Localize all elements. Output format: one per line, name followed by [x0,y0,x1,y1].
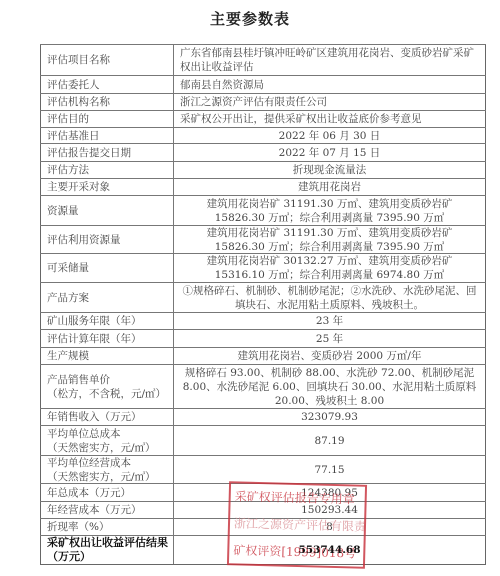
row-label: 评估项目名称 [40,45,174,75]
row-value-text: 25 年 [316,332,343,346]
row-value-text: 广东省郁南县桂圩镇冲旺岭矿区建筑用花岗岩、变质砂岩矿采矿权出让收益评估 [180,46,479,74]
row-label: 评估机构名称 [40,94,174,110]
row-value: 87.19 [174,426,486,455]
row-label: 年销售收入（万元） [40,409,174,425]
row-value-text: 建筑用花岗岩 [298,180,361,194]
row-value: 23 年 [174,313,486,329]
row-value-text: 郁南县自然资源局 [180,78,264,92]
table-row: 产品方案①规格碎石、机制砂、机制砂尾泥；②水洗砂、水洗砂尾泥、回填块石、水泥用粘… [40,282,486,312]
row-value-text: ①规格碎石、机制砂、机制砂尾泥；②水洗砂、水洗砂尾泥、回填块石、水泥用粘土质原料… [180,284,479,312]
row-label: 产品方案 [40,283,174,312]
row-value: 建筑用花岗岩 [174,179,486,195]
table-row: 产品销售单价 （松方，不含税，元/㎥）规格碎石 93.00、机制砂 88.00、… [40,364,486,408]
row-label: 评估利用资源量 [40,226,174,253]
row-value: 建筑用花岗岩矿 31191.30 万㎥、建筑用变质砂岩矿 15826.30 万㎥… [174,196,486,225]
row-value: 25 年 [174,330,486,347]
table-row: 平均单位总成本 （天然密实方，元/㎥）87.19 [40,425,486,455]
row-label: 产品销售单价 （松方，不含税，元/㎥） [40,365,174,408]
table-row: 评估基准日2022 年 06 月 30 日 [40,127,486,143]
row-value: 建筑用花岗岩矿 31191.30 万㎥、建筑用变质砂岩矿 15826.30 万㎥… [174,226,486,253]
row-value-text: 建筑用花岗岩矿 31191.30 万㎥、建筑用变质砂岩矿 15826.30 万㎥… [180,226,479,254]
row-value: 郁南县自然资源局 [174,76,486,93]
table-row: 评估报告提交日期2022 年 07 月 15 日 [40,143,486,161]
table-row: 评估项目名称广东省郁南县桂圩镇冲旺岭矿区建筑用花岗岩、变质砂岩矿采矿权出让收益评… [40,44,486,75]
stamp-line-1: 采矿权评估报告专用章 [234,483,361,513]
page-title: 主要参数表 [0,8,500,29]
row-value-text: 采矿权公开出让，提供采矿权出让收益底价参考意见 [180,112,422,126]
table-row: 评估方法折现现金流量法 [40,161,486,178]
table-row: 资源量建筑用花岗岩矿 31191.30 万㎥、建筑用变质砂岩矿 15826.30… [40,195,486,225]
row-value-text: 23 年 [316,314,343,328]
table-row: 评估计算年限（年）25 年 [40,329,486,347]
row-label: 年经营成本（万元） [40,502,174,518]
row-value-text: 87.19 [314,434,344,448]
row-label: 评估方法 [40,162,174,178]
row-label: 评估委托人 [40,76,174,93]
row-label: 年总成本（万元） [40,484,174,501]
row-label: 矿山服务年限（年） [40,313,174,329]
row-value: 77.15 [174,456,486,483]
table-row: 可采储量建筑用花岗岩矿 30132.27 万㎥、建筑用变质砂岩矿 15316.1… [40,253,486,282]
table-row: 年销售收入（万元）323079.93 [40,408,486,425]
table-row: 评估机构名称浙江之源资产评估有限责任公司 [40,93,486,110]
row-value-text: 浙江之源资产评估有限责任公司 [180,95,327,109]
table-row: 评估利用资源量建筑用花岗岩矿 31191.30 万㎥、建筑用变质砂岩矿 1582… [40,225,486,253]
row-label: 生产规模 [40,348,174,364]
row-value: 广东省郁南县桂圩镇冲旺岭矿区建筑用花岗岩、变质砂岩矿采矿权出让收益评估 [174,45,486,75]
row-label: 评估目的 [40,111,174,127]
row-value-text: 2022 年 06 月 30 日 [279,129,381,143]
row-label: 主要开采对象 [40,179,174,195]
row-value-text: 2022 年 07 月 15 日 [279,146,381,160]
table-row: 生产规模建筑用花岗岩、变质砂岩 2000 万㎥/年 [40,347,486,364]
stamp-line-2: 浙江之源资产评估有限责任公司 [234,510,361,540]
row-value-text: 规格碎石 93.00、机制砂 88.00、水洗砂 72.00、机制砂尾泥 8.0… [180,366,479,408]
table-row: 平均单位经营成本 （天然密实方，元/㎥）77.15 [40,455,486,483]
row-value: 建筑用花岗岩矿 30132.27 万㎥、建筑用变质砂岩矿 15316.10 万㎥… [174,254,486,282]
row-label: 资源量 [40,196,174,225]
row-label: 可采储量 [40,254,174,282]
table-row: 评估委托人郁南县自然资源局 [40,75,486,93]
row-label: 折现率（%） [40,519,174,535]
table-row: 主要开采对象建筑用花岗岩 [40,178,486,195]
row-value: 规格碎石 93.00、机制砂 88.00、水洗砂 72.00、机制砂尾泥 8.0… [174,365,486,408]
row-value: 2022 年 06 月 30 日 [174,128,486,143]
row-value-text: 建筑用花岗岩矿 31191.30 万㎥、建筑用变质砂岩矿 15826.30 万㎥… [180,197,479,225]
row-value: 浙江之源资产评估有限责任公司 [174,94,486,110]
row-label: 平均单位经营成本 （天然密实方，元/㎥） [40,456,174,483]
row-label: 采矿权出让收益评估结果 （万元） [40,536,174,564]
table-row: 评估目的采矿权公开出让，提供采矿权出让收益底价参考意见 [40,110,486,127]
row-label: 平均单位总成本 （天然密实方，元/㎥） [40,426,174,455]
row-label: 评估计算年限（年） [40,330,174,347]
row-value: ①规格碎石、机制砂、机制砂尾泥；②水洗砂、水洗砂尾泥、回填块石、水泥用粘土质原料… [174,283,486,312]
row-value: 采矿权公开出让，提供采矿权出让收益底价参考意见 [174,111,486,127]
row-value-text: 553744.68 [298,543,360,557]
row-value-text: 建筑用花岗岩矿 30132.27 万㎥、建筑用变质砂岩矿 15316.10 万㎥… [180,254,479,282]
row-label: 评估基准日 [40,128,174,143]
row-value: 折现现金流量法 [174,162,486,178]
row-value-text: 折现现金流量法 [293,163,367,177]
row-value-text: 323079.93 [301,410,358,424]
row-value: 建筑用花岗岩、变质砂岩 2000 万㎥/年 [174,348,486,364]
row-value-text: 建筑用花岗岩、变质砂岩 2000 万㎥/年 [238,349,422,363]
row-value: 323079.93 [174,409,486,425]
row-value: 2022 年 07 月 15 日 [174,144,486,161]
row-value-text: 77.15 [314,463,344,477]
table-row: 矿山服务年限（年）23 年 [40,312,486,329]
row-label: 评估报告提交日期 [40,144,174,161]
